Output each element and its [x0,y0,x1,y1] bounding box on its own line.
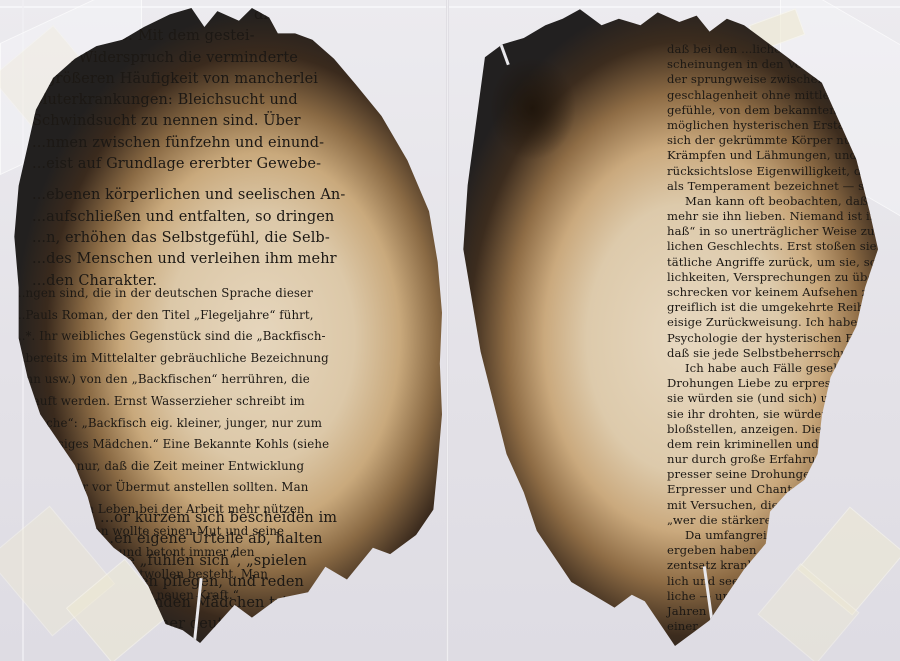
text-line: ...nmen zwischen fünfzehn und einund- [32,133,350,154]
text-line: ...or kurzem sich bescheiden im [100,508,337,529]
center-fold-line [446,0,449,661]
text-line: ...Pauls Roman, der den Titel „Flegeljah… [14,305,329,327]
text-line: ...aufschließen und entfalten, so dringe… [32,207,350,228]
text-line: ...en eigene Urteile ab, halten [100,529,337,550]
text-line: Schwindsucht zu nennen sind. Über [32,111,350,132]
text-line: ...eist auf Grundlage ererbter Gewebe- [32,154,350,175]
text-line: ...größeren Häufigkeit von mancherlei [32,69,350,90]
text-line: ...prache“: „Backfisch eig. kleiner, jun… [14,413,329,435]
text-line: ...bereits im Mittelalter gebräuchliche … [14,348,329,370]
text-line: rücksichtslose Eigenwilligkeit, durch le… [667,164,891,179]
text-line: haß“ in so unerträglicher Weise zu verg.… [667,224,891,239]
text-line: greiflich ist die umgekehrte Reihenf... [667,300,891,315]
text-line: Man kann oft beobachten, daß Hyster... [667,194,891,209]
text-line: mehr sie ihn lieben. Niemand ist imstan.… [667,209,891,224]
text-line: schrecken vor keinem Aufsehen z... [667,285,891,300]
text-line: als Temperament bezeichnet — sowie al... [667,179,891,194]
text-line: lichkeiten, Versprechungen zu über... [667,270,891,285]
text-line: ...*. Ihr weibliches Gegenstück sind die… [14,326,329,348]
text-line: ...n, erhöhen das Selbstgefühl, die Selb… [32,228,350,249]
text-line: ...kauft werden. Ernst Wasserzieher schr… [14,391,329,413]
text-line: lichen Geschlechts. Erst stoßen sie eine… [667,239,891,254]
text-line: tätliche Angriffe zurück, um sie, sobal.… [667,255,891,270]
text-line: ...ngen sind, die in der deutschen Sprac… [14,283,329,305]
text-line: ...ebenen körperlichen und seelischen An… [32,185,350,206]
text-line: ...des Menschen und verleihen ihm mehr [32,249,350,270]
text-line: Bluterkrankungen: Bleichsucht und [32,90,350,111]
text-line: ...nn usw.) von den „Backfischen“ herrüh… [14,369,329,391]
